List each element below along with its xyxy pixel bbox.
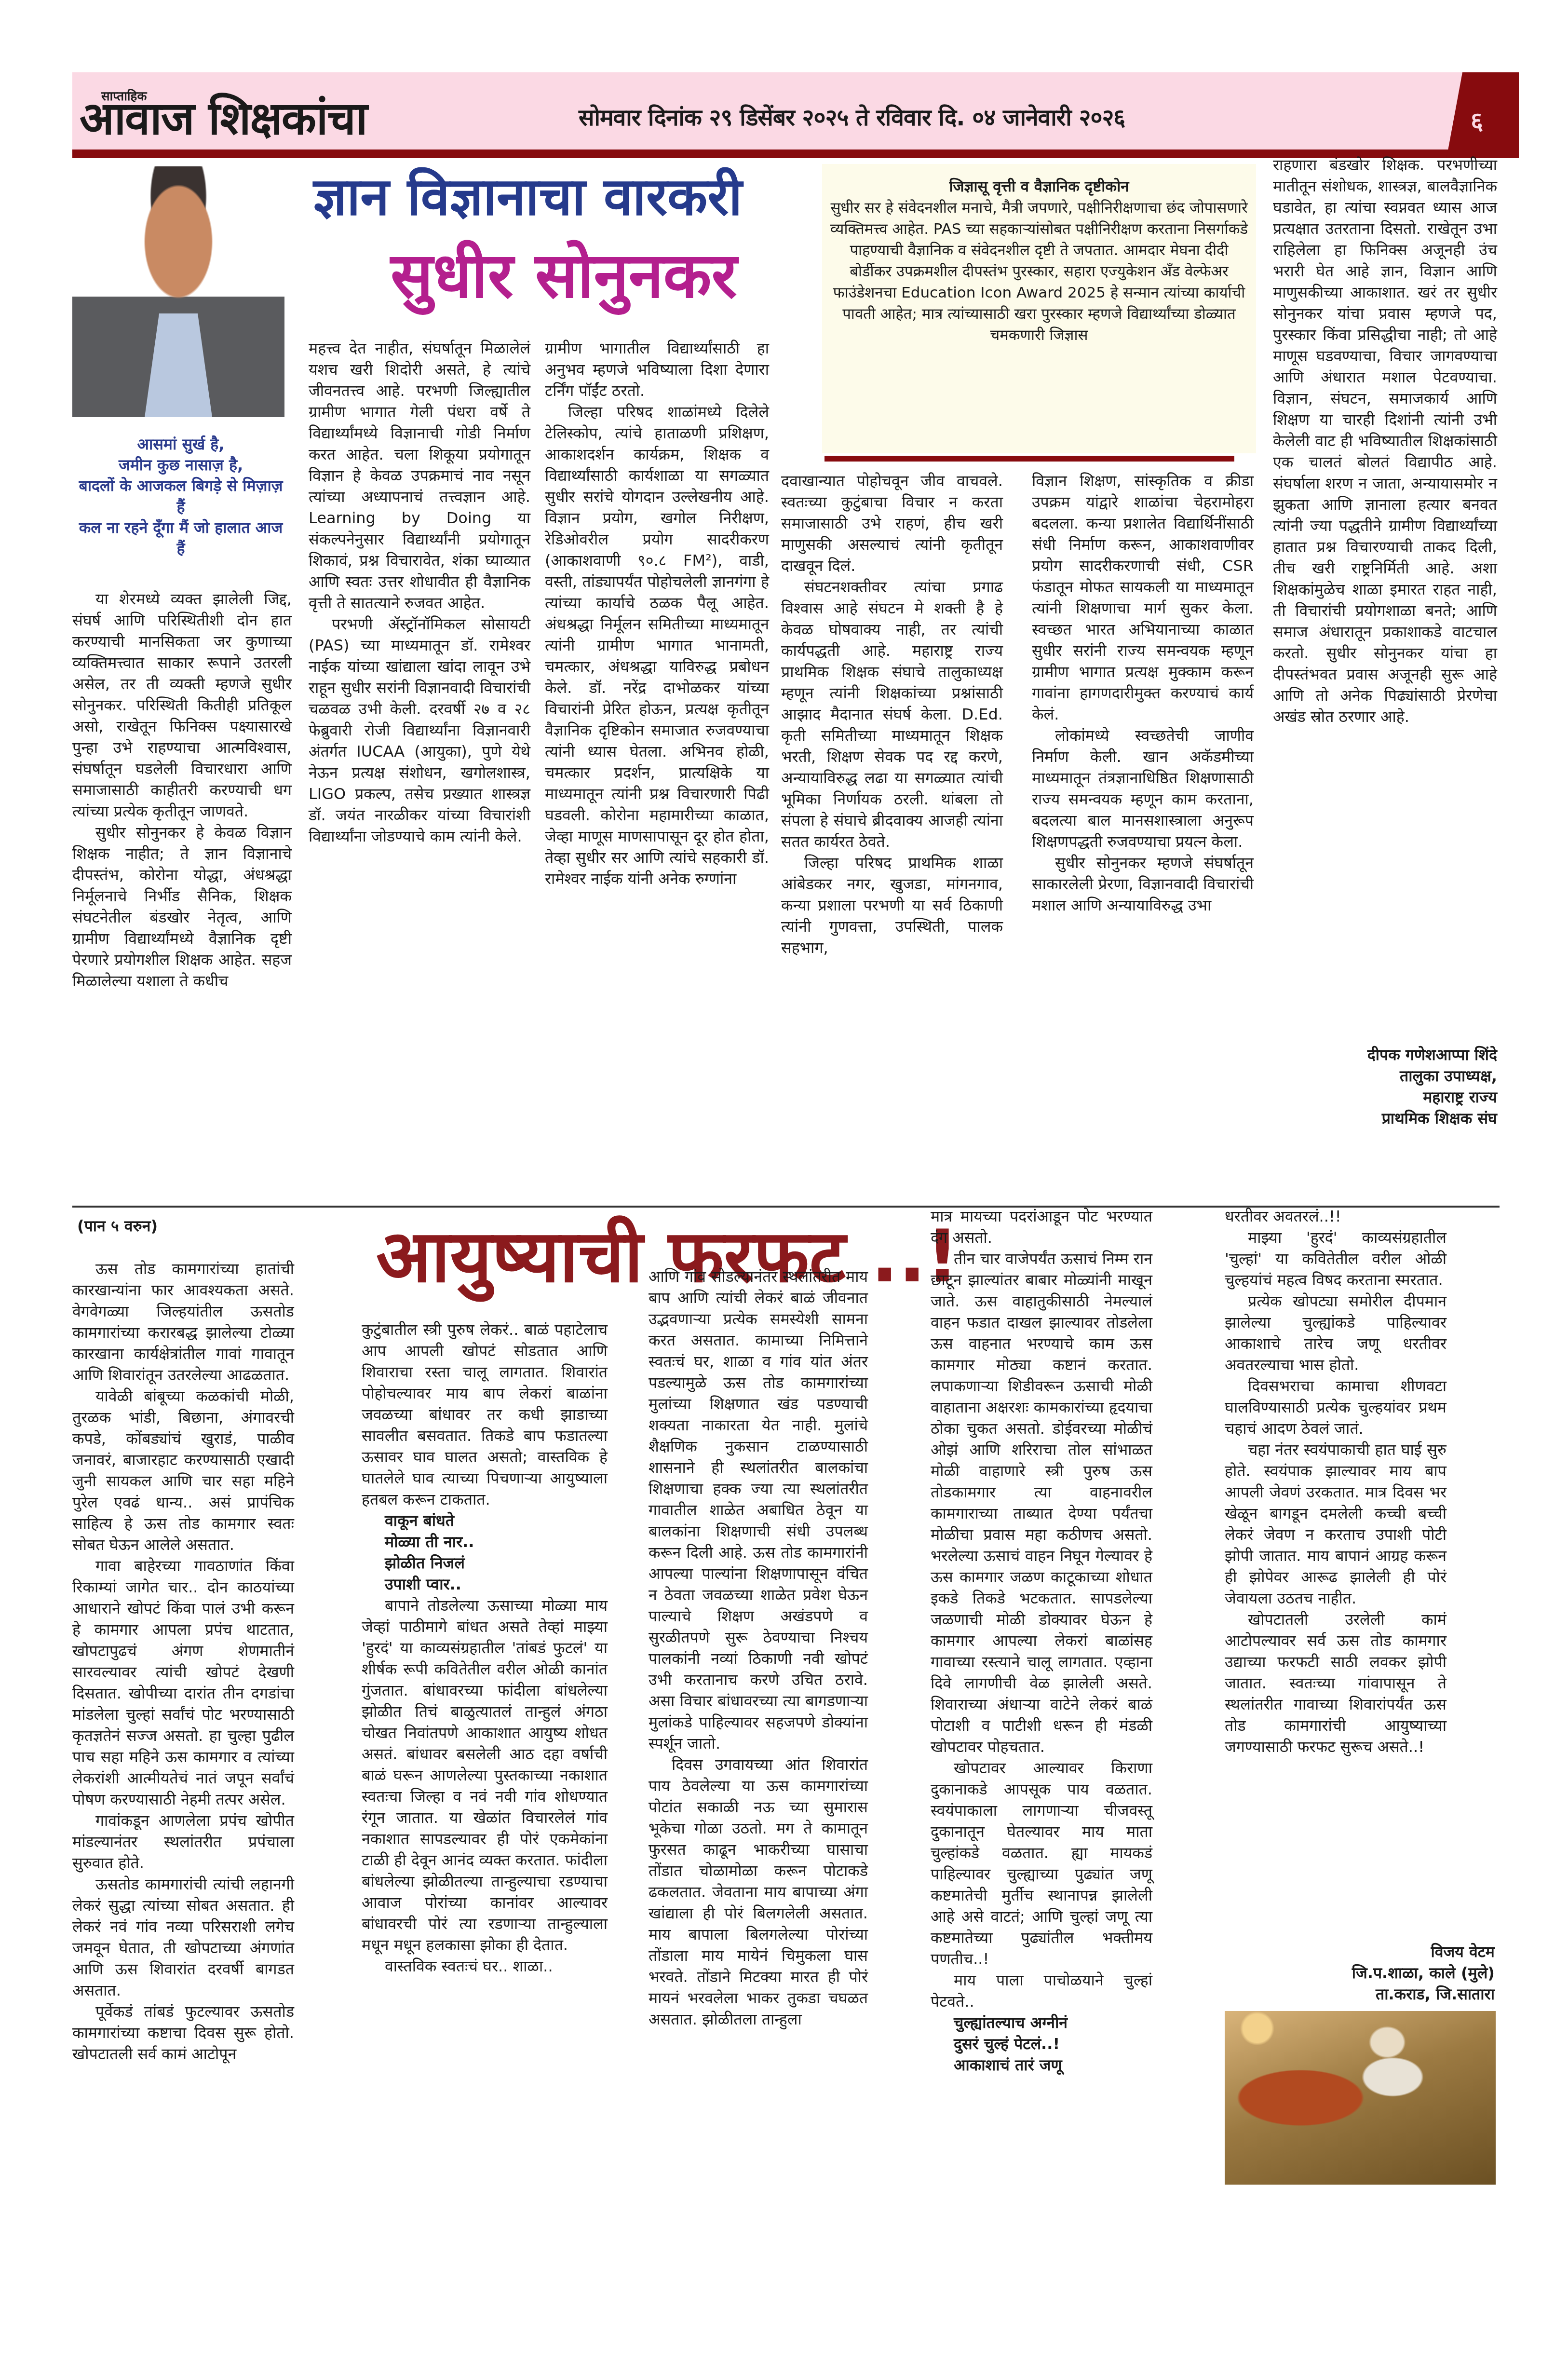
paragraph: ऊस तोड कामगारांच्या हातांची कारखान्यांना… — [72, 1258, 294, 1386]
paragraph: जिल्हा परिषद प्राथमिक शाळा आंबेडकर नगर, … — [781, 852, 1003, 958]
paragraph: राहणारा बंडखोर शिक्षक. परभणीच्या मातीतून… — [1273, 154, 1497, 727]
page-number: ६ — [1471, 104, 1483, 136]
article1-column-2: महत्त्व देत नाहीत, संघर्षातून मिळालेलं य… — [309, 338, 530, 847]
paragraph: दिवस उगवायच्या आंत शिवारांत पाय ठेवलेल्य… — [649, 1754, 868, 2030]
author-signature-1: दीपक गणेशआप्पा शिंदे तालुका उपाध्यक्ष, म… — [1273, 1044, 1497, 1129]
paragraph: दवाखान्यात पोहोचवून जीव वाचवले. स्वतःच्य… — [781, 470, 1003, 576]
article1-column-4: दवाखान्यात पोहोचवून जीव वाचवले. स्वतःच्य… — [781, 470, 1003, 958]
quote-line: जमीन कुछ नासाज़ है, — [72, 455, 289, 476]
headline-line2: सुधीर सोनुनकर — [391, 241, 737, 310]
paragraph: विज्ञान शिक्षण, सांस्कृतिक व क्रीडा उपक्… — [1032, 470, 1254, 725]
paragraph: आणि गांव सोडल्यानंतर स्थलांतरीत माय बाप … — [649, 1266, 868, 1754]
poem-line: झोळीत निजलं — [385, 1552, 608, 1574]
article1-column-5: विज्ञान शिक्षण, सांस्कृतिक व क्रीडा उपक्… — [1032, 470, 1254, 916]
paragraph: जिल्हा परिषद शाळांमध्ये दिलेले टेलिस्कोप… — [545, 401, 769, 889]
article1-column-6: राहणारा बंडखोर शिक्षक. परभणीच्या मातीतून… — [1273, 154, 1497, 727]
paragraph: चहा नंतर स्वयंपाकाची हात घाई सुरु होते. … — [1225, 1439, 1446, 1609]
author-name: दीपक गणेशआप्पा शिंदे — [1273, 1044, 1497, 1065]
author-location: ता.कराड, जि.सातारा — [1225, 1984, 1495, 2005]
paragraph: माय पाला पाचोळयाने चुल्हां पेटवते.. — [931, 1970, 1152, 2012]
article1-column-1: या शेरमध्ये व्यक्त झालेली जिद्द, संघर्ष … — [72, 588, 292, 992]
sugarcane-workers-illustration — [1225, 2011, 1496, 2185]
poem-stanza: वाकून बांधते मोळ्या ती नार.. झोळीत निजलं… — [362, 1510, 608, 1595]
article2-column-1: ऊस तोड कामगारांच्या हातांची कारखान्यांना… — [72, 1237, 294, 2065]
author-signature-2: विजय वेटम जि.प.शाळा, काले (मुले) ता.कराड… — [1225, 1941, 1495, 2005]
poem-line: मोळ्या ती नार.. — [385, 1531, 608, 1552]
paragraph: संघटनशक्तीवर त्यांचा प्रगाढ विश्वास आहे … — [781, 576, 1003, 852]
paragraph: पूर्वेकडं तांबडं फुटल्यावर ऊसतोड कामगारा… — [72, 2001, 294, 2065]
article1-column-3: ग्रामीण भागातील विद्यार्थ्यांसाठी हा अनु… — [545, 338, 769, 889]
continued-from-label: (पान ५ वरुन) — [77, 1215, 158, 1236]
paragraph: ग्रामीण भागातील विद्यार्थ्यांसाठी हा अनु… — [545, 338, 769, 401]
sidebar-underline — [825, 456, 1234, 462]
poem-line: उपाशी प्वार.. — [385, 1574, 608, 1595]
paragraph: गावांकडून आणलेला प्रपंच खोपीत मांडल्यानं… — [72, 1810, 294, 1874]
article2-column-3: आणि गांव सोडल्यानंतर स्थलांतरीत माय बाप … — [649, 1266, 868, 2030]
newspaper-title: आवाज शिक्षकांचा — [80, 96, 366, 142]
paragraph: दिवसभराचा कामाचा शीणवटा घालविण्यासाठी प्… — [1225, 1375, 1446, 1439]
issue-date: सोमवार दिनांक २९ डिसेंबर २०२५ ते रविवार … — [579, 101, 1125, 133]
paragraph: कुटुंबातील स्त्री पुरुष लेकरं.. बाळं पहा… — [362, 1319, 608, 1510]
author-school: जि.प.शाळा, काले (मुले) — [1225, 1962, 1495, 1984]
quote-line: कल ना रहने दूँगा मैं जो हालात आज हैं — [72, 517, 289, 559]
paragraph: सुधीर सोनुनकर म्हणजे संघर्षातून साकारलेल… — [1032, 852, 1254, 916]
paragraph: वास्तविक स्वतःचं घर.. शाळा.. — [362, 1956, 608, 1977]
hindi-quote: आसमां सुर्ख है, जमीन कुछ नासाज़ है, बादल… — [72, 434, 289, 559]
headline-line1: ज्ञान विज्ञानाचा वारकरी — [313, 169, 742, 226]
paragraph: ऊसतोड कामगारांची त्यांची लहानगी लेकरं सु… — [72, 1874, 294, 2001]
sidebar-body: सुधीर सर हे संवेदनशील मनाचे, मैत्री जपणा… — [827, 197, 1251, 346]
sidebar-title: जिज्ञासू वृत्ती व वैज्ञानिक दृष्टीकोन — [827, 176, 1251, 197]
paragraph: माझ्या 'हुरदं' काव्यसंग्रहातील 'चुल्हां'… — [1225, 1227, 1446, 1291]
author-org: प्राथमिक शिक्षक संघ — [1273, 1108, 1497, 1129]
paragraph: लोकांमध्ये स्वच्छतेची जाणीव निर्माण केली… — [1032, 725, 1254, 852]
paragraph: मात्र मायच्या पदरांआडून पोट भरण्यात दंग … — [931, 1206, 1152, 1248]
article2-column-4: मात्र मायच्या पदरांआडून पोट भरण्यात दंग … — [931, 1206, 1152, 2076]
poem-line: वाकून बांधते — [385, 1510, 608, 1531]
quote-line: बादलों के आजकल बिगड़े से मिज़ाज़ हैं — [72, 476, 289, 517]
quote-line: आसमां सुर्ख है, — [72, 434, 289, 455]
sidebar-content: जिज्ञासू वृत्ती व वैज्ञानिक दृष्टीकोन सु… — [827, 176, 1251, 346]
paragraph: तीन चार वाजेपर्यंत ऊसाचं निम्म रान छाटून… — [931, 1248, 1152, 1757]
paragraph: सुधीर सोनुनकर हे केवळ विज्ञान शिक्षक नाह… — [72, 822, 292, 992]
paragraph: परभणी ॲस्ट्रॉनॉमिकल सोसायटी (PAS) च्या म… — [309, 613, 530, 847]
paragraph: बापाने तोडलेल्या ऊसाच्या मोळ्या माय जेव्… — [362, 1595, 608, 1956]
paragraph: प्रत्येक खोपट्या समोरील दीपमान झालेल्या … — [1225, 1291, 1446, 1375]
paragraph: खोपटावर आल्यावर किराणा दुकानाकडे आपसूक प… — [931, 1757, 1152, 1970]
paragraph: गावा बाहेरच्या गावठाणांत किंवा रिकाम्यां… — [72, 1555, 294, 1810]
paragraph: महत्त्व देत नाहीत, संघर्षातून मिळालेलं य… — [309, 338, 530, 613]
paragraph: खोपटातली उरलेली कामं आटोपल्यावर सर्व ऊस … — [1225, 1609, 1446, 1757]
poem-line: चुल्ह्यांतल्याच अग्नीनं — [954, 2012, 1152, 2033]
author-org: महाराष्ट्र राज्य — [1273, 1087, 1497, 1108]
author-role: तालुका उपाध्यक्ष, — [1273, 1065, 1497, 1087]
paragraph: या शेरमध्ये व्यक्त झालेली जिद्द, संघर्ष … — [72, 588, 292, 822]
poem-line: आकाशाचं तारं जणू — [954, 2054, 1152, 2076]
author-name: विजय वेटम — [1225, 1941, 1495, 1962]
poem-line: दुसरं चुल्हं पेटलं..! — [954, 2033, 1152, 2054]
poem-stanza-2: चुल्ह्यांतल्याच अग्नीनं दुसरं चुल्हं पेट… — [931, 2012, 1152, 2076]
article2-column-2: कुटुंबातील स्त्री पुरुष लेकरं.. बाळं पहा… — [362, 1319, 608, 1977]
article2-column-5: धरतीवर अवतरलं..!! माझ्या 'हुरदं' काव्यसं… — [1225, 1206, 1446, 1757]
paragraph: यावेळी बांबूच्या कळकांची मोळी, तुरळक भां… — [72, 1386, 294, 1555]
paragraph: धरतीवर अवतरलं..!! — [1225, 1206, 1446, 1227]
